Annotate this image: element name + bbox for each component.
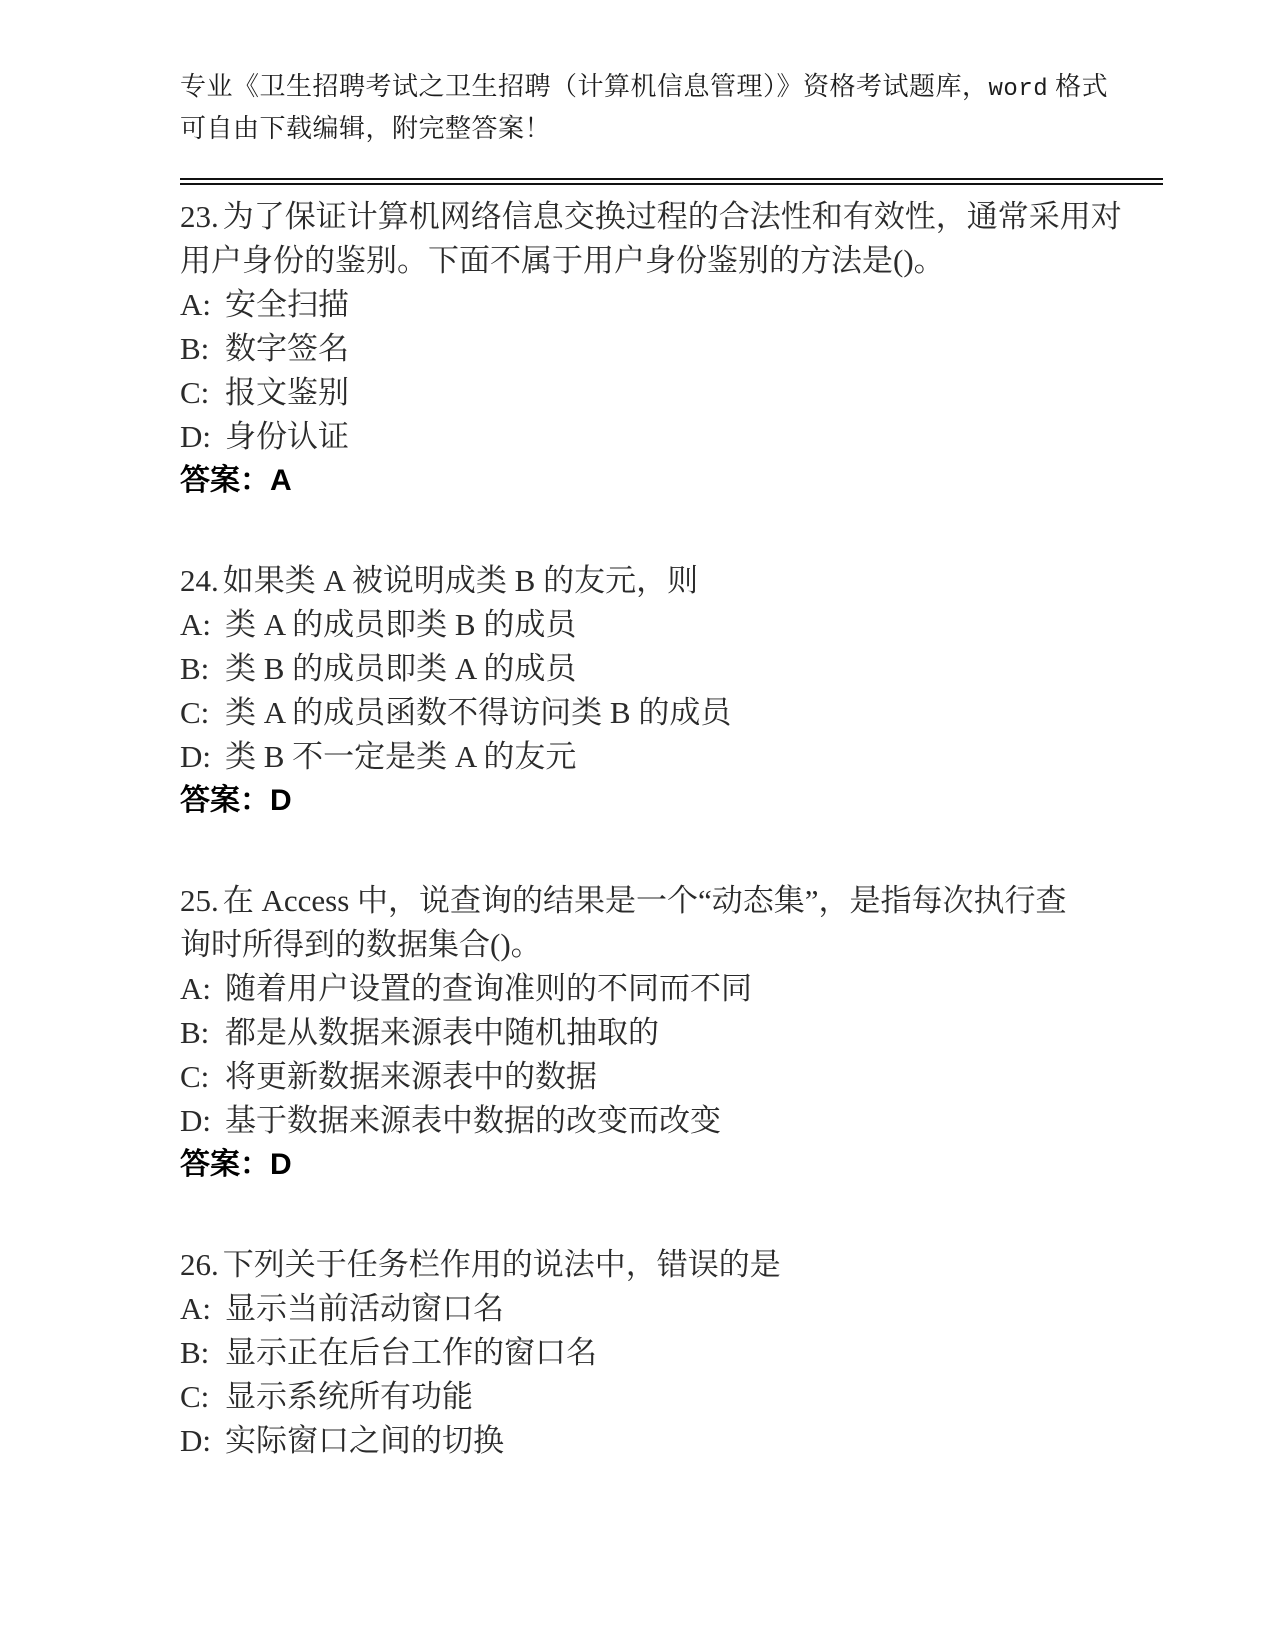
option-text: 显示系统所有功能 [225,1379,473,1414]
option-c: C:显示系统所有功能 [180,1375,1163,1419]
option-b: B:数字签名 [180,327,1163,371]
answer-line: 答案：A [180,459,1163,503]
option-a: A:安全扫描 [180,283,1163,327]
option-text: 安全扫描 [225,287,349,322]
question-body: 下列关于任务栏作用的说法中，错误的是 [223,1247,781,1282]
option-label: B: [180,1331,225,1375]
question-body: 为了保证计算机网络信息交换过程的合法性和有效性，通常采用对 用户身份的鉴别。下面… [180,199,1122,278]
option-b: B:类 B 的成员即类 A 的成员 [180,647,1163,691]
question-body: 如果类 A 被说明成类 B 的友元，则 [223,563,698,598]
option-d: D:实际窗口之间的切换 [180,1419,1163,1463]
option-text: 报文鉴别 [225,375,349,410]
question-number: 23. [180,199,219,234]
answer-value: A [270,464,292,497]
option-text: 显示当前活动窗口名 [225,1291,504,1326]
answer-line: 答案：D [180,779,1163,823]
option-c: C:类 A 的成员函数不得访问类 B 的成员 [180,691,1163,735]
answer-line: 答案：D [180,1143,1163,1187]
header-line-1-prefix: 专业《卫生招聘考试之卫生招聘（计算机信息管理）》资格考试题库， [180,72,989,101]
option-label: D: [180,735,225,779]
option-label: A: [180,967,225,1011]
option-label: B: [180,1011,225,1055]
question-number: 24. [180,563,219,598]
answer-label: 答案： [180,784,270,817]
document-header: 专业《卫生招聘考试之卫生招聘（计算机信息管理）》资格考试题库，word 格式 可… [180,67,1163,148]
option-text: 基于数据来源表中数据的改变而改变 [225,1103,721,1138]
question-26: 26.下列关于任务栏作用的说法中，错误的是 A:显示当前活动窗口名 B:显示正在… [180,1243,1163,1463]
option-text: 显示正在后台工作的窗口名 [225,1335,597,1370]
answer-label: 答案： [180,464,270,497]
option-label: C: [180,1055,225,1099]
option-text: 都是从数据来源表中随机抽取的 [225,1015,659,1050]
option-text: 实际窗口之间的切换 [225,1423,504,1458]
option-label: D: [180,1419,225,1463]
option-d: D:身份认证 [180,415,1163,459]
option-text: 类 B 的成员即类 A 的成员 [225,651,576,686]
header-line-2: 可自由下载编辑，附完整答案！ [180,109,1163,148]
header-line-1-suffix: 格式 [1048,72,1108,101]
answer-value: D [270,1148,292,1181]
answer-value: D [270,784,292,817]
question-24: 24.如果类 A 被说明成类 B 的友元，则 A:类 A 的成员即类 B 的成员… [180,559,1163,823]
document-page: 专业《卫生招聘考试之卫生招聘（计算机信息管理）》资格考试题库，word 格式 可… [0,0,1275,1650]
option-text: 类 A 的成员即类 B 的成员 [225,607,576,642]
option-label: C: [180,371,225,415]
question-text: 23.为了保证计算机网络信息交换过程的合法性和有效性，通常采用对 用户身份的鉴别… [180,195,1163,283]
question-23: 23.为了保证计算机网络信息交换过程的合法性和有效性，通常采用对 用户身份的鉴别… [180,195,1163,503]
option-label: C: [180,691,225,735]
option-label: A: [180,1287,225,1331]
question-text: 24.如果类 A 被说明成类 B 的友元，则 [180,559,1163,603]
option-c: C:报文鉴别 [180,371,1163,415]
section-divider [180,178,1163,185]
option-text: 类 B 不一定是类 A 的友元 [225,739,576,774]
question-text: 25.在 Access 中，说查询的结果是一个“动态集”，是指每次执行查 询时所… [180,879,1163,967]
question-text: 26.下列关于任务栏作用的说法中，错误的是 [180,1243,1163,1287]
option-text: 类 A 的成员函数不得访问类 B 的成员 [225,695,731,730]
option-text: 将更新数据来源表中的数据 [225,1059,597,1094]
answer-label: 答案： [180,1148,270,1181]
question-25: 25.在 Access 中，说查询的结果是一个“动态集”，是指每次执行查 询时所… [180,879,1163,1187]
option-d: D:基于数据来源表中数据的改变而改变 [180,1099,1163,1143]
option-label: D: [180,415,225,459]
option-text: 数字签名 [225,331,349,366]
option-label: A: [180,283,225,327]
option-label: D: [180,1099,225,1143]
question-number: 26. [180,1247,219,1282]
option-label: B: [180,327,225,371]
question-number: 25. [180,883,219,918]
option-d: D:类 B 不一定是类 A 的友元 [180,735,1163,779]
option-text: 身份认证 [225,419,349,454]
option-c: C:将更新数据来源表中的数据 [180,1055,1163,1099]
option-b: B:都是从数据来源表中随机抽取的 [180,1011,1163,1055]
option-a: A:类 A 的成员即类 B 的成员 [180,603,1163,647]
header-line-1: 专业《卫生招聘考试之卫生招聘（计算机信息管理）》资格考试题库，word 格式 [180,67,1163,109]
option-label: B: [180,647,225,691]
question-body: 在 Access 中，说查询的结果是一个“动态集”，是指每次执行查 询时所得到的… [180,883,1067,962]
option-b: B:显示正在后台工作的窗口名 [180,1331,1163,1375]
option-a: A:随着用户设置的查询准则的不同而不同 [180,967,1163,1011]
option-text: 随着用户设置的查询准则的不同而不同 [225,971,752,1006]
option-label: C: [180,1375,225,1419]
option-label: A: [180,603,225,647]
option-a: A:显示当前活动窗口名 [180,1287,1163,1331]
word-format-token: word [989,76,1049,103]
